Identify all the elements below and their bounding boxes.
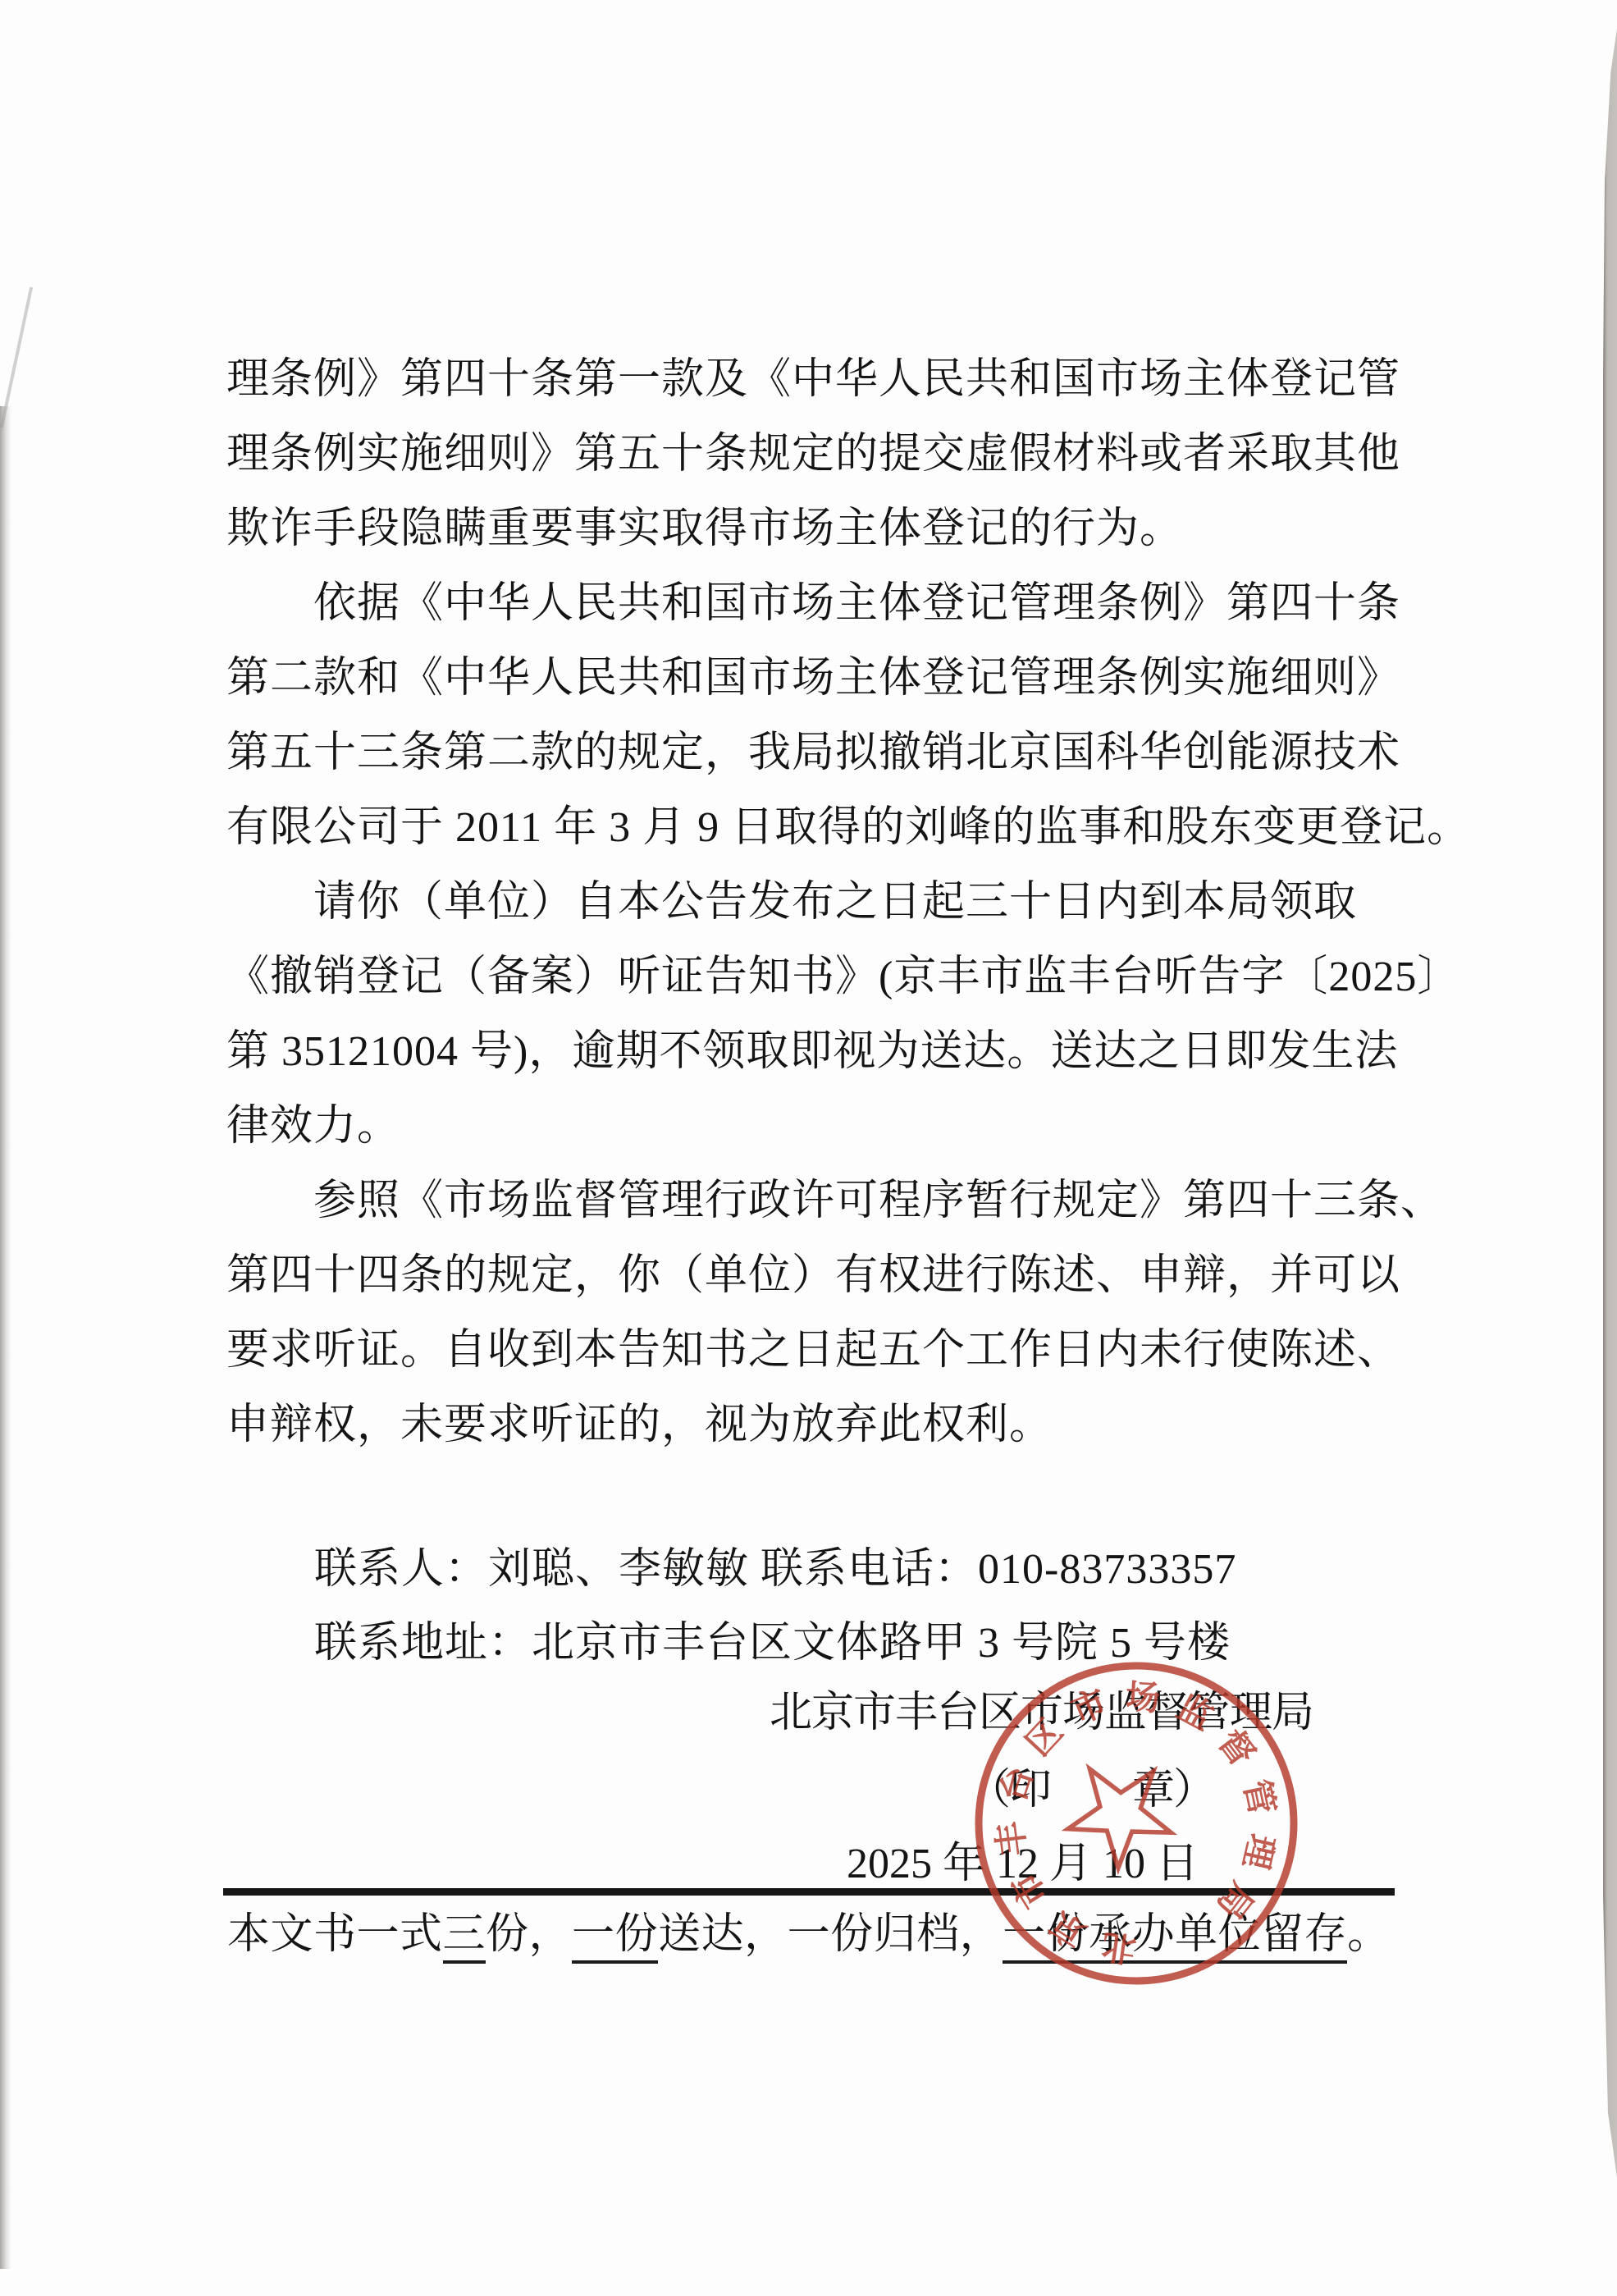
body-line: 要求听证。自收到本告知书之日起五个工作日内未行使陈述、 [226, 1313, 1470, 1388]
body-line: 理条例实施细则》第五十条规定的提交虚假材料或者采取其他 [226, 417, 1470, 492]
seal-ring-char: 督 [1210, 1722, 1262, 1773]
seal-ring-char: 市 [1005, 1865, 1056, 1915]
official-seal-stamp: 北京市丰台区市场监督管理局 [962, 1649, 1310, 1997]
body-line: 有限公司于 2011 年 3 月 9 日取得的刘峰的监事和股东变更登记。 [226, 790, 1470, 865]
footer-text-segment: 。 [1347, 1911, 1391, 1958]
body-line: 参照《市场监督管理行政许可程序暂行规定》第四十三条、 [226, 1164, 1470, 1238]
body-line: 申辩权，未要求听证的，视为放弃此权利。 [226, 1388, 1470, 1462]
seal-ring-char: 局 [1209, 1875, 1260, 1925]
seal-ring-char: 京 [1044, 1903, 1094, 1954]
contact-line: 联系人：刘聪、李敏敏 联系电话：010-83733357 [314, 1533, 1236, 1607]
seal-ring-char: 北 [1099, 1926, 1139, 1968]
body-line: 律效力。 [226, 1089, 1470, 1164]
body-line: 欺诈手段隐瞒重要事实取得市场主体登记的行为。 [226, 492, 1470, 566]
body-line: 《撤销登记（备案）听证告知书》(京丰市监丰台听告字〔2025〕 [226, 940, 1470, 1014]
seal-ring-char: 丰 [991, 1819, 1034, 1858]
scan-edge-right [1603, 29, 1617, 2199]
scanned-document-page: 理条例》第四十条第一款及《中华人民共和国市场主体登记管理条例实施细则》第五十条规… [0, 0, 1617, 2296]
footer-text-segment: 本文书一式 [227, 1911, 443, 1958]
seal-ring-char: 区 [1020, 1713, 1071, 1763]
seal-star-icon [1050, 1747, 1182, 1880]
body-line: 第四十四条的规定，你（单位）有权进行陈述、申辩，并可以 [226, 1238, 1470, 1313]
body-line: 第二款和《中华人民共和国市场主体登记管理条例实施细则》 [226, 641, 1470, 716]
body-line: 第 35121004 号)，逾期不领取即视为送达。送达之日即发生法 [226, 1014, 1470, 1089]
seal-ring-char: 市 [1067, 1683, 1113, 1731]
footer-text-segment: 送达，一份归档， [658, 1911, 1003, 1958]
seal-ring-char: 管 [1236, 1777, 1281, 1818]
footer-underlined-segment: 三 [443, 1911, 486, 1964]
scan-edge-left [0, 406, 11, 2269]
body-line: 理条例》第四十条第一款及《中华人民共和国市场主体登记管 [226, 342, 1470, 417]
seal-ring-text: 北京市丰台区市场监督管理局 [962, 1649, 1310, 1997]
body-line: 请你（单位）自本公告发布之日起三十日内到本局领取 [226, 865, 1470, 940]
document-body-text: 理条例》第四十条第一款及《中华人民共和国市场主体登记管理条例实施细则》第五十条规… [226, 342, 1470, 1462]
seal-ring-char: 台 [993, 1763, 1041, 1807]
footer-underlined-segment: 一份 [572, 1911, 658, 1964]
seal-ring-char: 场 [1125, 1679, 1161, 1718]
footer-text-segment: 份， [486, 1911, 572, 1958]
body-line: 第五十三条第二款的规定，我局拟撤销北京国科华创能源技术 [226, 716, 1470, 790]
seal-ring-char: 理 [1236, 1831, 1280, 1873]
seal-ring-char: 监 [1171, 1688, 1219, 1738]
scan-edge-left-diagonal [0, 286, 33, 428]
body-line: 依据《中华人民共和国市场主体登记管理条例》第四十条 [226, 566, 1470, 641]
